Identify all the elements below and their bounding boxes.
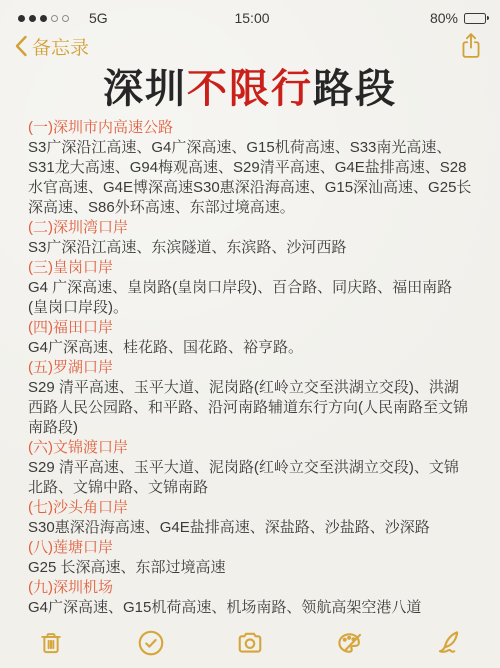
carrier-label: 5G <box>89 10 108 26</box>
title-part-black: 深圳 <box>103 67 187 111</box>
back-button[interactable]: 备忘录 <box>14 33 89 60</box>
quill-pen-icon <box>434 628 464 663</box>
section-body: S3广深沿江高速、G4广深高速、G15机荷高速、S33南光高速、S31龙大高速、… <box>28 138 472 218</box>
section-heading: (四)福田口岸 <box>28 318 472 338</box>
bottom-toolbar <box>0 622 500 668</box>
back-button-label: 备忘录 <box>32 33 89 60</box>
share-icon <box>458 32 484 60</box>
note-editor[interactable]: 深圳不限行路段 (一)深圳市内高速公路 S3广深沿江高速、G4广深高速、G15机… <box>0 66 500 618</box>
section-heading: (五)罗湖口岸 <box>28 358 472 378</box>
palette-icon <box>335 628 365 663</box>
section-heading: (三)皇岗口岸 <box>28 258 472 278</box>
signal-dot-icon <box>18 15 25 22</box>
check-circle-icon <box>136 628 166 663</box>
section-body: S3广深沿江高速、东滨隧道、东滨路、沙河西路 <box>28 238 472 258</box>
section-heading: (六)文锦渡口岸 <box>28 438 472 458</box>
section-heading: (二)深圳湾口岸 <box>28 218 472 238</box>
section-body: G4广深高速、桂花路、国花路、裕亨路。 <box>28 338 472 358</box>
battery-status: 80% <box>270 10 486 26</box>
battery-icon <box>464 13 486 24</box>
delete-note-button[interactable] <box>34 628 68 662</box>
compose-button[interactable] <box>432 628 466 662</box>
camera-icon <box>235 628 265 663</box>
signal-dot-icon <box>40 15 47 22</box>
section-heading: (八)莲塘口岸 <box>28 538 472 558</box>
battery-percent-label: 80% <box>430 10 458 26</box>
nav-bar: 备忘录 <box>0 30 500 62</box>
section-body: G4广深高速、G15机荷高速、机场南路、领航高架空港八道 <box>28 598 472 618</box>
signal-dot-icon <box>51 15 58 22</box>
section-body: G25 长深高速、东部过境高速 <box>28 558 472 578</box>
style-button[interactable] <box>333 628 367 662</box>
share-button[interactable] <box>458 32 484 60</box>
back-chevron-icon <box>14 35 28 57</box>
clock-time: 15:00 <box>234 10 269 26</box>
section-body: S29 清平高速、玉平大道、泥岗路(红岭立交至洪湖立交段)、洪湖西路人民公园路、… <box>28 378 472 438</box>
title-part-black: 路段 <box>313 67 397 111</box>
note-title: 深圳不限行路段 <box>0 66 500 112</box>
note-content: (一)深圳市内高速公路 S3广深沿江高速、G4广深高速、G15机荷高速、S33南… <box>0 118 500 618</box>
insert-photo-button[interactable] <box>233 628 267 662</box>
section-body: S29 清平高速、玉平大道、泥岗路(红岭立交至洪湖立交段)、文锦北路、文锦中路、… <box>28 458 472 498</box>
section-heading: (九)深圳机场 <box>28 578 472 598</box>
signal-dot-icon <box>62 15 69 22</box>
checklist-button[interactable] <box>134 628 168 662</box>
signal-and-carrier: 5G <box>18 10 234 26</box>
section-body: S30惠深沿海高速、G4E盐排高速、深盐路、沙盐路、沙深路 <box>28 518 472 538</box>
title-part-red: 不限行 <box>187 67 313 111</box>
section-heading: (一)深圳市内高速公路 <box>28 118 472 138</box>
notes-app-screen: 5G 15:00 80% 备忘录 深圳不限行路段 <box>0 0 500 668</box>
signal-dot-icon <box>29 15 36 22</box>
trash-icon <box>37 629 65 662</box>
status-bar: 5G 15:00 80% <box>0 0 500 30</box>
section-body: G4 广深高速、皇岗路(皇岗口岸段)、百合路、同庆路、福田南路(皇岗口岸段)。 <box>28 278 472 318</box>
section-heading: (七)沙头角口岸 <box>28 498 472 518</box>
